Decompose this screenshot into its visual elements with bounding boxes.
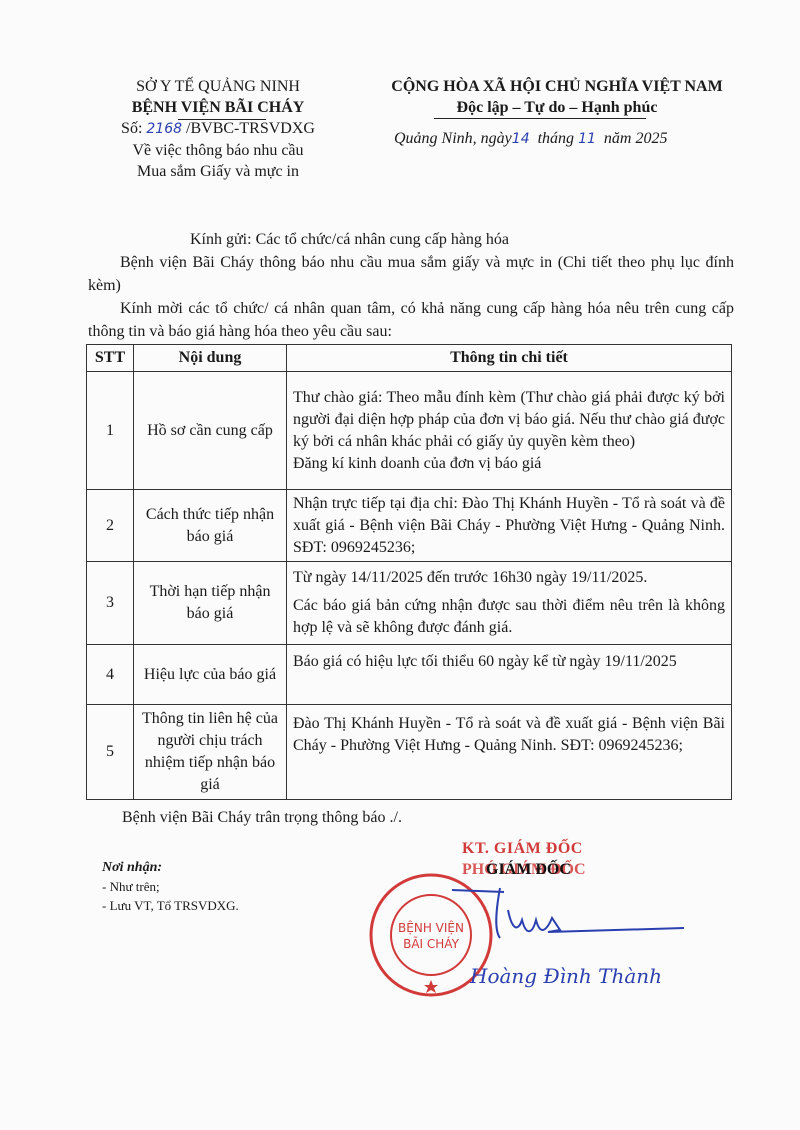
month-label: tháng <box>538 130 574 147</box>
row-stt: 4 <box>87 645 134 705</box>
detail-line: Đào Thị Khánh Huyền - Tổ rà soát và đề x… <box>293 713 725 757</box>
date-month: 11 <box>578 131 596 147</box>
table-row: 4 Hiệu lực của báo giá Báo giá có hiệu l… <box>87 645 732 705</box>
date-day: 14 <box>512 131 530 147</box>
row-details: Thư chào giá: Theo mẫu đính kèm (Thư chà… <box>287 372 732 490</box>
handwritten-signature-icon <box>448 880 688 950</box>
department-name: SỞ Y TẾ QUẢNG NINH <box>88 76 348 97</box>
divider-right <box>434 118 646 119</box>
detail-line: Từ ngày 14/11/2025 đến trước 16h30 ngày … <box>293 567 725 589</box>
table-row: 2 Cách thức tiếp nhận báo giá Nhận trực … <box>87 490 732 562</box>
national-heading: CỘNG HÒA XÃ HỘI CHỦ NGHĨA VIỆT NAM Độc l… <box>352 76 762 118</box>
recipients-title: Nơi nhận: <box>102 858 239 877</box>
detail-line: Nhận trực tiếp tại địa chỉ: Đào Thị Khán… <box>293 493 725 559</box>
header-content: Nội dung <box>134 345 287 372</box>
row-content: Hiệu lực của báo giá <box>134 645 287 705</box>
requirements-table: STT Nội dung Thông tin chi tiết 1 Hồ sơ … <box>86 344 732 800</box>
row-content: Thông tin liên hệ của người chịu trách n… <box>134 705 287 800</box>
addressee: Kính gửi: Các tổ chức/cá nhân cung cấp h… <box>190 228 509 251</box>
nation-title: CỘNG HÒA XÃ HỘI CHỦ NGHĨA VIỆT NAM <box>352 76 762 97</box>
signer-name: Hoàng Đình Thành <box>470 964 662 988</box>
row-stt: 1 <box>87 372 134 490</box>
subject-line-1: Về việc thông báo nhu cầu <box>88 140 348 161</box>
recipient-item: - Lưu VT, Tổ TRSVDXG. <box>102 896 239 915</box>
date-line: Quảng Ninh, ngày14 tháng 11 năm 2025 <box>394 130 667 148</box>
issuing-agency-block: SỞ Y TẾ QUẢNG NINH BỆNH VIỆN BÃI CHÁY Số… <box>88 76 348 182</box>
row-stt: 3 <box>87 562 134 645</box>
subject-line-2: Mua sắm Giấy và mực in <box>88 161 348 182</box>
recipients-block: Nơi nhận: - Như trên; - Lưu VT, Tổ TRSVD… <box>102 858 239 915</box>
row-content: Cách thức tiếp nhận báo giá <box>134 490 287 562</box>
row-details: Đào Thị Khánh Huyền - Tổ rà soát và đề x… <box>287 705 732 800</box>
row-details: Từ ngày 14/11/2025 đến trước 16h30 ngày … <box>287 562 732 645</box>
motto: Độc lập – Tự do – Hạnh phúc <box>352 97 762 118</box>
year-label: năm 2025 <box>604 130 668 147</box>
row-content: Thời hạn tiếp nhận báo giá <box>134 562 287 645</box>
number-prefix: Số: <box>121 120 142 137</box>
paragraph-2: Kính mời các tổ chức/ cá nhân quan tâm, … <box>88 297 734 343</box>
divider-left <box>178 119 266 120</box>
table-row: 3 Thời hạn tiếp nhận báo giá Từ ngày 14/… <box>87 562 732 645</box>
date-place: Quảng Ninh, ngày <box>394 130 512 147</box>
recipient-item: - Như trên; <box>102 877 239 896</box>
number-suffix: /BVBC-TRSVDXG <box>186 120 315 137</box>
header-details: Thông tin chi tiết <box>287 345 732 372</box>
row-stt: 2 <box>87 490 134 562</box>
header-stt: STT <box>87 345 134 372</box>
table-row: 5 Thông tin liên hệ của người chịu trách… <box>87 705 732 800</box>
detail-line: Báo giá có hiệu lực tối thiểu 60 ngày kể… <box>293 651 725 673</box>
detail-line: Các báo giá bản cứng nhận được sau thời … <box>293 595 725 639</box>
table-header-row: STT Nội dung Thông tin chi tiết <box>87 345 732 372</box>
stamp-kt-giam-doc: KT. GIÁM ĐỐC <box>462 840 583 858</box>
detail-line: Thư chào giá: Theo mẫu đính kèm (Thư chà… <box>293 387 725 453</box>
table-row: 1 Hồ sơ cần cung cấp Thư chào giá: Theo … <box>87 372 732 490</box>
closing-line: Bệnh viện Bãi Cháy trân trọng thông báo … <box>122 806 402 829</box>
row-details: Báo giá có hiệu lực tối thiểu 60 ngày kể… <box>287 645 732 705</box>
paragraph-1: Bệnh viện Bãi Cháy thông báo nhu cầu mua… <box>88 251 734 297</box>
organization-name: BỆNH VIỆN BÃI CHÁY <box>88 97 348 118</box>
handwritten-number: 2168 <box>146 121 182 137</box>
star-icon <box>424 980 438 993</box>
signatory-title: GIÁM ĐỐC <box>486 861 571 879</box>
row-details: Nhận trực tiếp tại địa chỉ: Đào Thị Khán… <box>287 490 732 562</box>
document-number: Số: 2168 /BVBC-TRSVDXG <box>88 118 348 140</box>
row-stt: 5 <box>87 705 134 800</box>
detail-line: Đăng kí kinh doanh của đơn vị báo giá <box>293 453 725 475</box>
row-content: Hồ sơ cần cung cấp <box>134 372 287 490</box>
